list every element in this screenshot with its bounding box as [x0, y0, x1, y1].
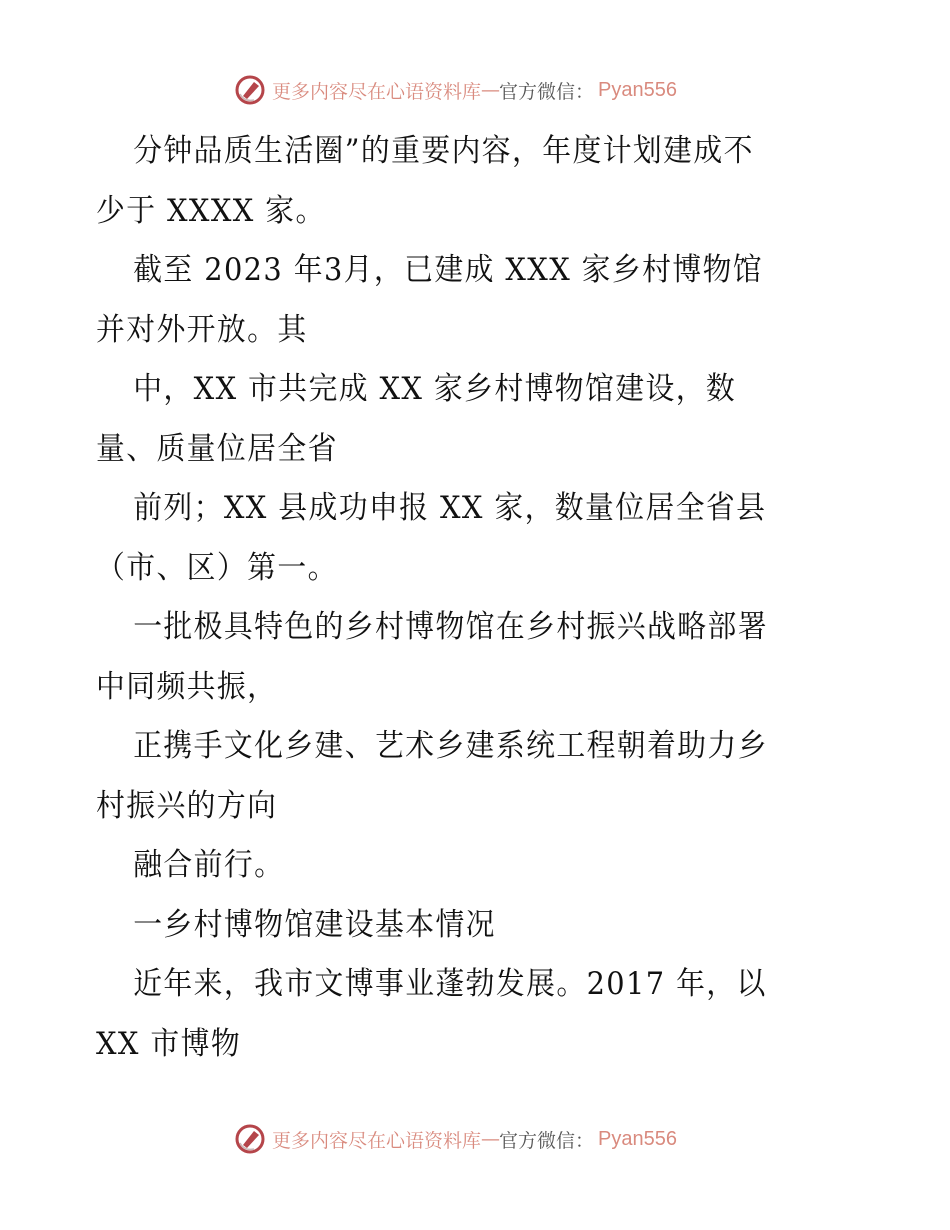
- promo-text: 更多内容尽在心语资料库: [272, 77, 481, 104]
- separator-dash: —: [481, 1128, 499, 1150]
- paragraph-line: 少于 XXXX 家。: [96, 182, 812, 242]
- paragraph-line: 村振兴的方向: [96, 777, 812, 837]
- wechat-id: Pyan556: [598, 79, 677, 102]
- paragraph-line: 量、质量位居全省: [96, 420, 812, 480]
- separator-dash: —: [481, 79, 499, 101]
- paragraph-line: 中同频共振，: [96, 658, 812, 718]
- pen-nib-logo-icon: [234, 74, 266, 106]
- paragraph-line: 截至 2023 年3月，已建成 XXX 家乡村博物馆: [96, 241, 812, 301]
- paragraph-line: （市、区）第一。: [96, 539, 812, 599]
- promo-text: 更多内容尽在心语资料库: [272, 1126, 481, 1153]
- footer-watermark: 更多内容尽在心语资料库 — 官方微信： Pyan556: [234, 1121, 677, 1157]
- paragraph-line: 分钟品质生活圈”的重要内容，年度计划建成不: [96, 122, 812, 182]
- paragraph-line: XX 市博物: [96, 1015, 812, 1075]
- section-heading: 一乡村博物馆建设基本情况: [96, 896, 812, 956]
- document-body: 分钟品质生活圈”的重要内容，年度计划建成不 少于 XXXX 家。 截至 2023…: [96, 122, 866, 1074]
- wechat-label: 官方微信：: [499, 77, 594, 104]
- pen-nib-logo-icon: [234, 1123, 266, 1155]
- paragraph-line: 并对外开放。其: [96, 301, 812, 361]
- paragraph-line: 中，XX 市共完成 XX 家乡村博物馆建设，数: [96, 360, 812, 420]
- paragraph-line: 近年来，我市文博事业蓬勃发展。2017 年，以: [96, 955, 812, 1015]
- paragraph-line: 前列；XX 县成功申报 XX 家，数量位居全省县: [96, 479, 812, 539]
- wechat-label: 官方微信：: [499, 1126, 594, 1153]
- paragraph-line: 正携手文化乡建、艺术乡建系统工程朝着助力乡: [96, 717, 812, 777]
- header-watermark: 更多内容尽在心语资料库 — 官方微信： Pyan556: [234, 72, 677, 108]
- wechat-id: Pyan556: [598, 1128, 677, 1151]
- paragraph-line: 融合前行。: [96, 836, 812, 896]
- paragraph-line: 一批极具特色的乡村博物馆在乡村振兴战略部署: [96, 598, 812, 658]
